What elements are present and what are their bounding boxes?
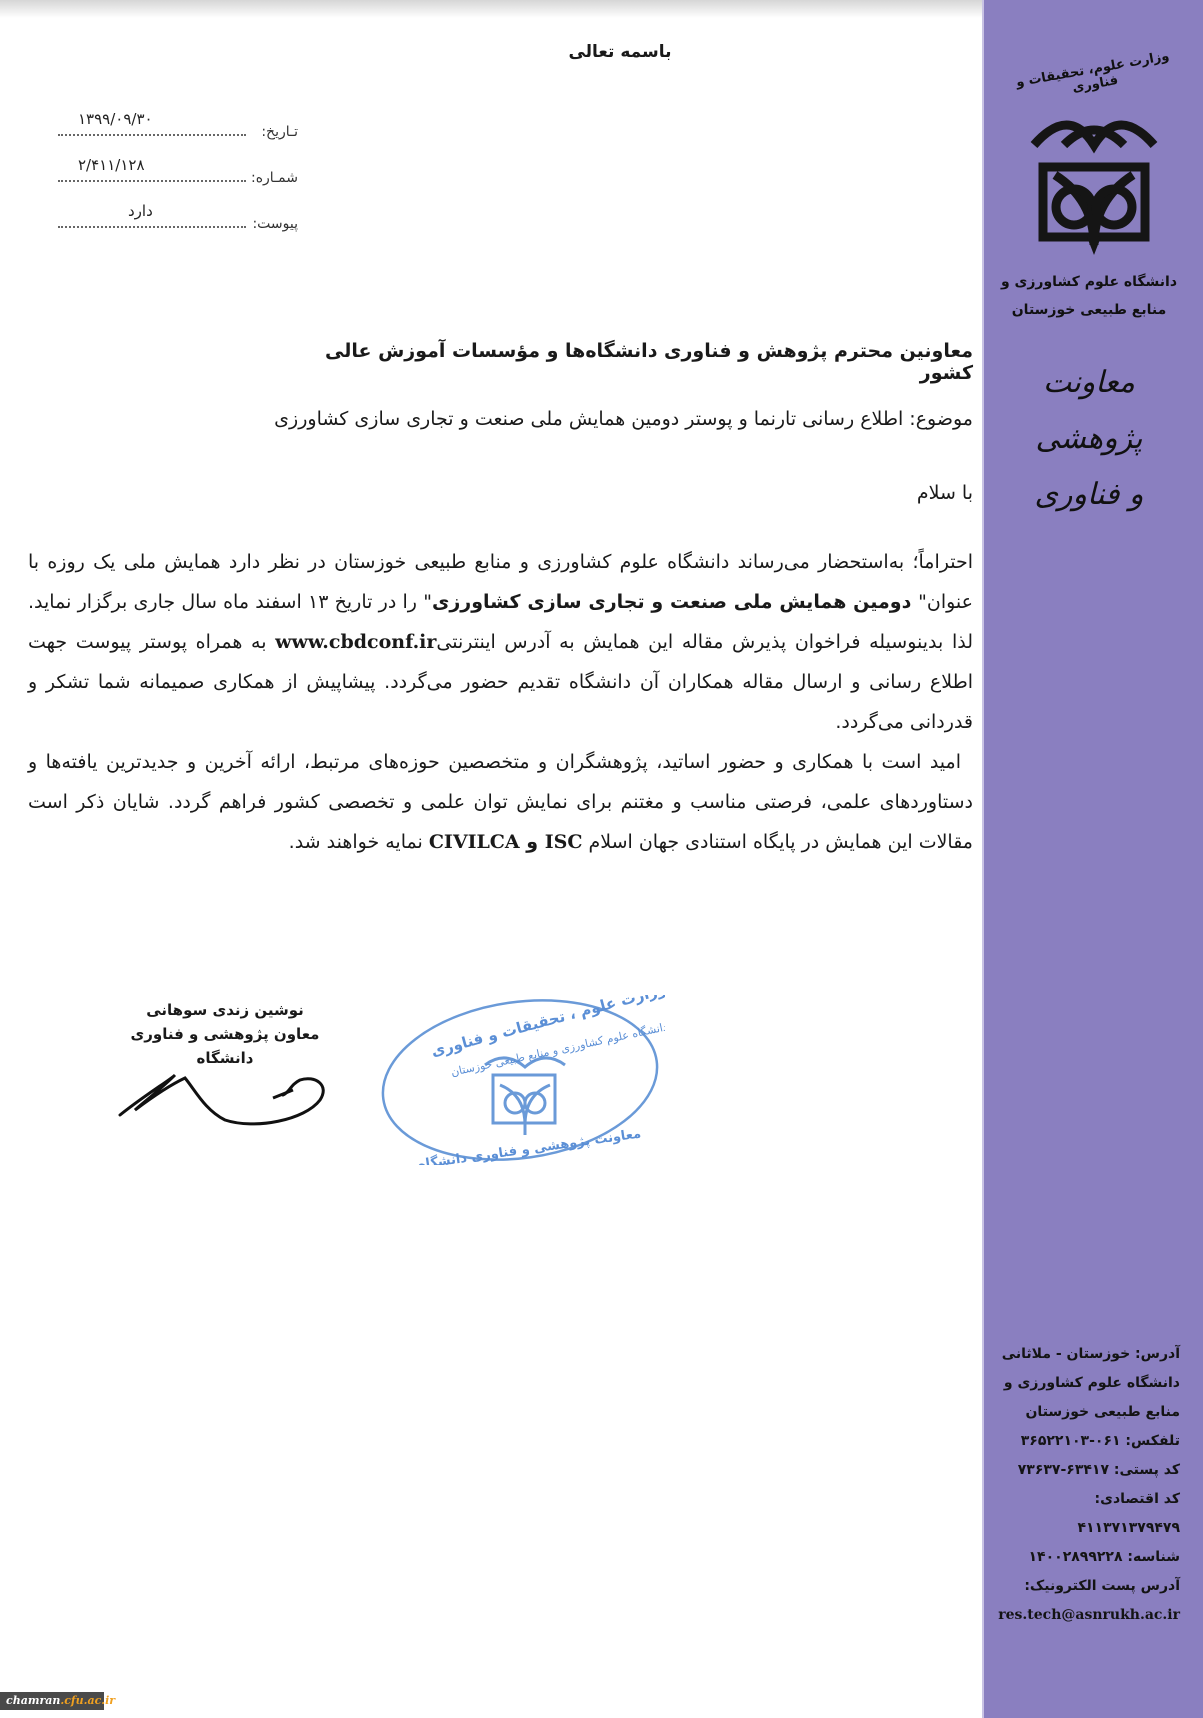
conjunction: و [520,831,545,853]
number-field: شمـاره: ۲/۴۱۱/۱۲۸ [58,146,298,192]
university-name-line: منابع طبیعی خوزستان [994,296,1184,324]
letterhead-sidebar: وزارت علوم، تحقیقات و فناوری دانشگاه علو… [982,0,1203,1718]
letter-meta: تـاریخ: ۱۳۹۹/۰۹/۳۰ شمـاره: ۲/۴۱۱/۱۲۸ پیو… [58,100,298,238]
scan-top-shadow [0,0,982,18]
address-line: منابع طبیعی خوزستان [998,1398,1180,1427]
source-watermark: chamran.cfu.ac.ir [0,1692,104,1710]
contact-info: آدرس: خوزستان - ملاثانی دانشگاه علوم کشا… [998,1340,1180,1630]
attachment-field: پیوست: دارد [58,192,298,238]
address-line: دانشگاه علوم کشاورزی و [998,1369,1180,1398]
salutation: با سلام [917,482,973,504]
department-name-line: معاونت پژوهشی [994,355,1184,467]
ministry-name: وزارت علوم، تحقیقات و فناوری [1003,47,1185,108]
signer-name: نوشین زندی سوهانی [100,998,350,1022]
email-label: آدرس پست الکترونیک: [998,1572,1180,1601]
paragraph-text: نمایه خواهند شد. [289,831,429,853]
letter-body: احتراماً؛ به‌استحضار می‌رساند دانشگاه عل… [28,542,973,862]
isc-index: ISC [545,831,583,853]
watermark-prefix: chamran [6,1694,60,1707]
department-name-line: و فناوری [994,467,1184,523]
conference-title: دومین همایش ملی صنعت و تجاری سازی کشاورز… [432,591,918,613]
handwritten-signature-icon [115,1050,335,1130]
economic-code: کد اقتصادی: ۴۱۱۳۷۱۳۷۹۴۷۹ [998,1485,1180,1543]
civilica-index: CIVILCA [429,831,520,853]
dotted-line [58,134,246,136]
number-value: ۲/۴۱۱/۱۲۸ [78,156,145,174]
date-field: تـاریخ: ۱۳۹۹/۰۹/۳۰ [58,100,298,146]
date-value: ۱۳۹۹/۰۹/۳۰ [78,110,153,128]
university-name: دانشگاه علوم کشاورزی و منابع طبیعی خوزست… [994,268,1184,324]
official-stamp-icon: وزارت علوم ، تحقیقات و فناوری دانشگاه عل… [375,995,665,1165]
attachment-label: پیوست: [252,216,298,232]
number-label: شمـاره: [251,170,298,186]
dotted-line [58,180,246,182]
university-name-line: دانشگاه علوم کشاورزی و [994,268,1184,296]
watermark-suffix: .cfu.ac.ir [60,1694,115,1707]
paragraph-1: احتراماً؛ به‌استحضار می‌رساند دانشگاه عل… [28,542,973,742]
stamp-bottom-text: معاونت پژوهشی و فناوری دانشگاه [417,1125,642,1165]
attachment-value: دارد [128,202,153,220]
bismillah-heading: باسمه تعالی [560,42,680,62]
dotted-line [58,226,246,228]
recipient-line: معاونین محترم پژوهش و فناوری دانشگاه‌ها … [273,340,973,384]
university-logo-icon [1029,105,1159,255]
email-link[interactable]: res.tech@asnrukh.ac.ir [998,1601,1180,1630]
telfax: تلفکس: ۰۶۱-۳۶۵۲۲۱۰۳ [998,1427,1180,1456]
paragraph-2: امید است با همکاری و حضور اساتید، پژوهشگ… [28,742,973,862]
national-id: شناسه: ۱۴۰۰۲۸۹۹۲۲۸ [998,1543,1180,1572]
subject-line: موضوع: اطلاع رسانی تارنما و پوستر دومین … [213,408,973,430]
address-line: آدرس: خوزستان - ملاثانی [998,1340,1180,1369]
postal-code: کد پستی: ۶۳۴۱۷-۷۳۶۳۷ [998,1456,1180,1485]
conference-url-link[interactable]: www.cbdconf.ir [275,631,436,653]
department-name: معاونت پژوهشی و فناوری [994,355,1184,523]
date-label: تـاریخ: [261,124,298,140]
